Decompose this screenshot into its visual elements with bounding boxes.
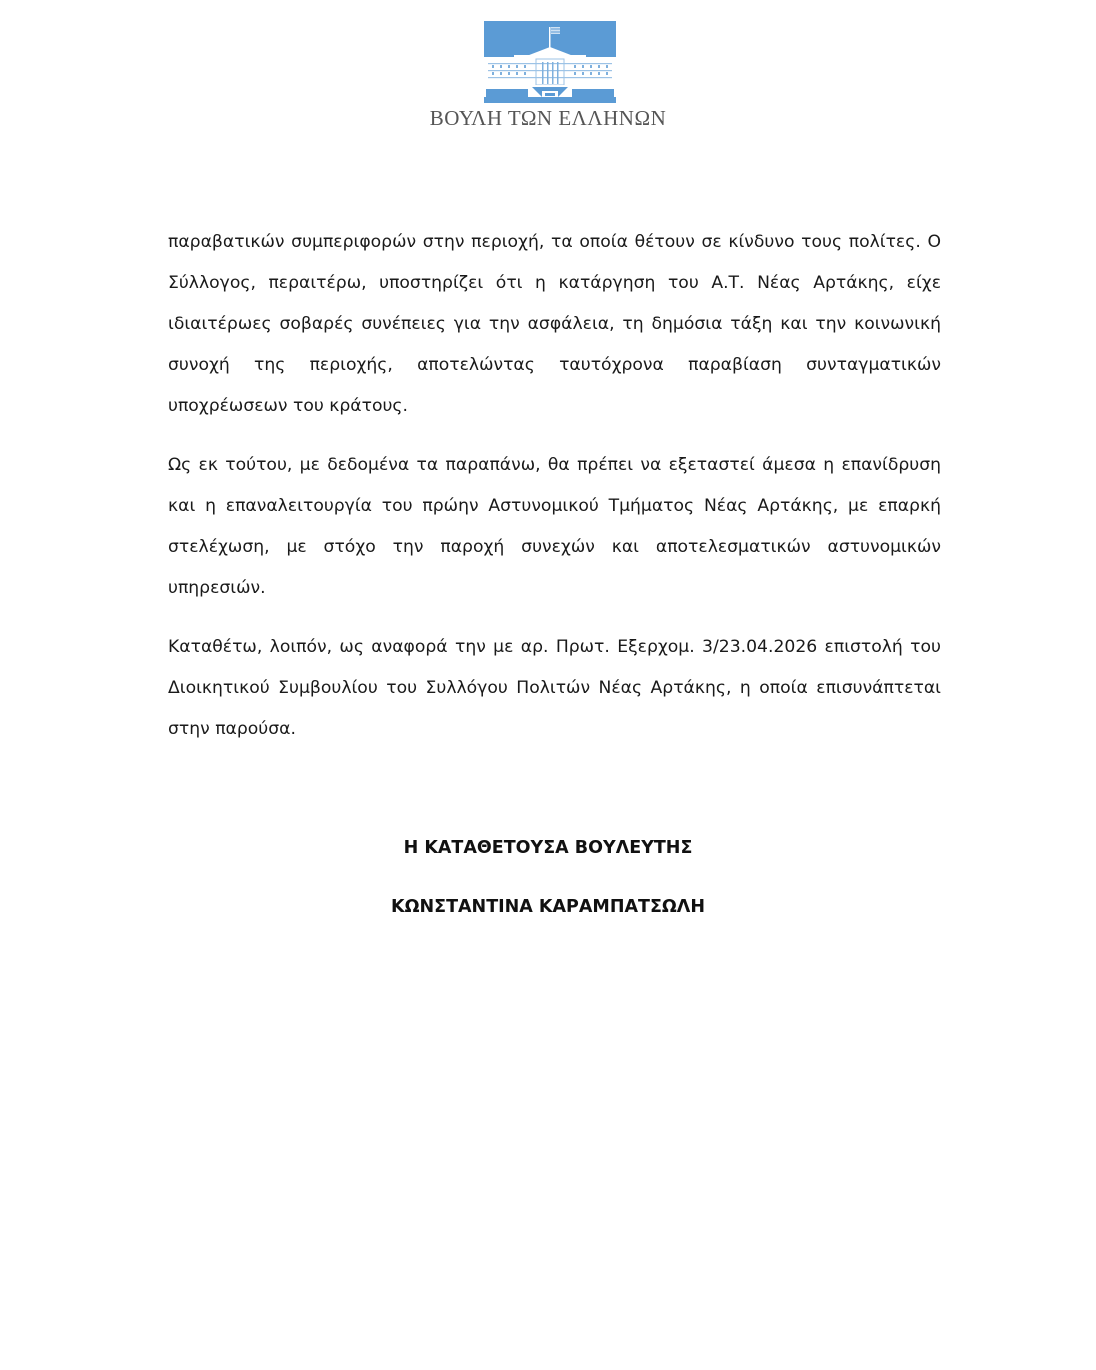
paragraph-context: παραβατικών συμπεριφορών στην περιοχή, τ… [168, 222, 941, 427]
paragraph-submission: Καταθέτω, λοιπόν, ως αναφορά την με αρ. … [168, 627, 941, 750]
document-body: παραβατικών συμπεριφορών στην περιοχή, τ… [168, 222, 941, 768]
hellenic-parliament-building-icon [484, 21, 616, 103]
signature-name: ΚΩΝΣΤΑΝΤΙΝΑ ΚΑΡΑΜΠΑΤΣΩΛΗ [0, 897, 1096, 917]
signature-role: Η ΚΑΤΑΘΕΤΟΥΣΑ ΒΟΥΛΕΥΤΗΣ [0, 838, 1096, 858]
institution-name: ΒΟΥΛΗ ΤΩΝ ΕΛΛΗΝΩΝ [0, 106, 1096, 131]
paragraph-request: Ως εκ τούτου, με δεδομένα τα παραπάνω, θ… [168, 445, 941, 609]
